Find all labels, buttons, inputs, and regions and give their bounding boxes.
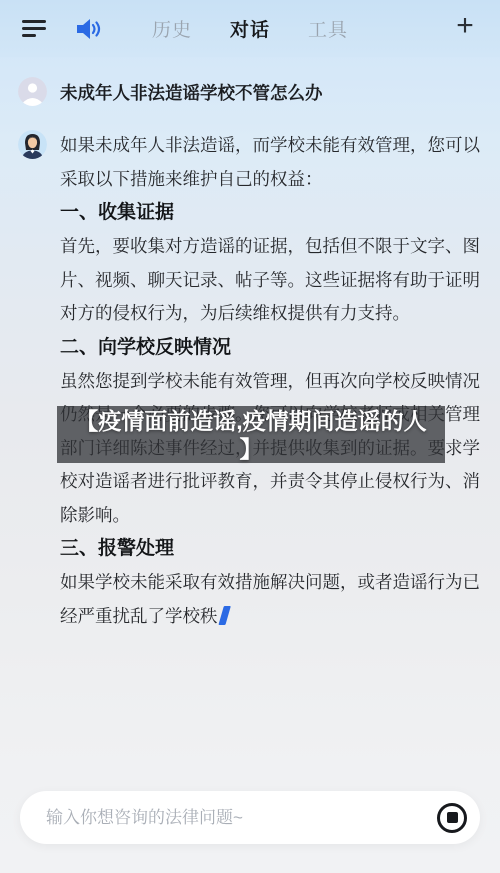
section-heading-2: 二、向学校反映情况 [60, 331, 480, 365]
section-heading-3: 三、报警处理 [60, 532, 480, 566]
tab-tools[interactable]: 工具 [308, 15, 348, 42]
top-bar: 历史 对话 工具 + [0, 0, 500, 57]
user-message-row: 未成年人非法造谣学校不管怎么办 [18, 76, 480, 108]
chat-area: 未成年人非法造谣学校不管怎么办 如果未成年人非法造谣，而学校未能有效管理，您可以… [0, 57, 500, 633]
stop-icon[interactable] [437, 803, 467, 833]
speaker-icon[interactable] [76, 17, 102, 41]
tab-history[interactable]: 历史 [152, 15, 192, 42]
section-heading-1: 一、收集证据 [60, 196, 480, 230]
section-body-1: 首先，要收集对方造谣的证据，包括但不限于文字、图片、视频、聊天记录、帖子等。这些… [60, 230, 480, 331]
assistant-avatar [18, 130, 47, 159]
user-message-text: 未成年人非法造谣学校不管怎么办 [60, 76, 480, 108]
video-subtitle-overlay: 【疫情面前造谣,疫情期间造谣的人 】 [57, 406, 445, 463]
tab-bar: 历史 对话 工具 [0, 0, 500, 57]
typing-cursor [218, 606, 230, 625]
user-avatar [18, 77, 47, 106]
assistant-message: 如果未成年人非法造谣，而学校未能有效管理，您可以采取以下措施来维护自己的权益： … [60, 129, 480, 633]
question-input[interactable] [20, 808, 437, 828]
ai-message-row: 如果未成年人非法造谣，而学校未能有效管理，您可以采取以下措施来维护自己的权益： … [18, 129, 480, 633]
section-body-3: 如果学校未能采取有效措施解决问题，或者造谣行为已经严重扰乱了学校秩 [60, 566, 480, 633]
menu-icon[interactable] [22, 20, 46, 37]
subtitle-line-2: 】 [240, 435, 263, 463]
message-composer [20, 791, 480, 844]
assistant-intro: 如果未成年人非法造谣，而学校未能有效管理，您可以采取以下措施来维护自己的权益： [60, 129, 480, 196]
subtitle-line-1: 【疫情面前造谣,疫情期间造谣的人 [75, 407, 426, 435]
tab-dialogue[interactable]: 对话 [230, 15, 270, 42]
new-chat-icon[interactable]: + [451, 13, 479, 41]
